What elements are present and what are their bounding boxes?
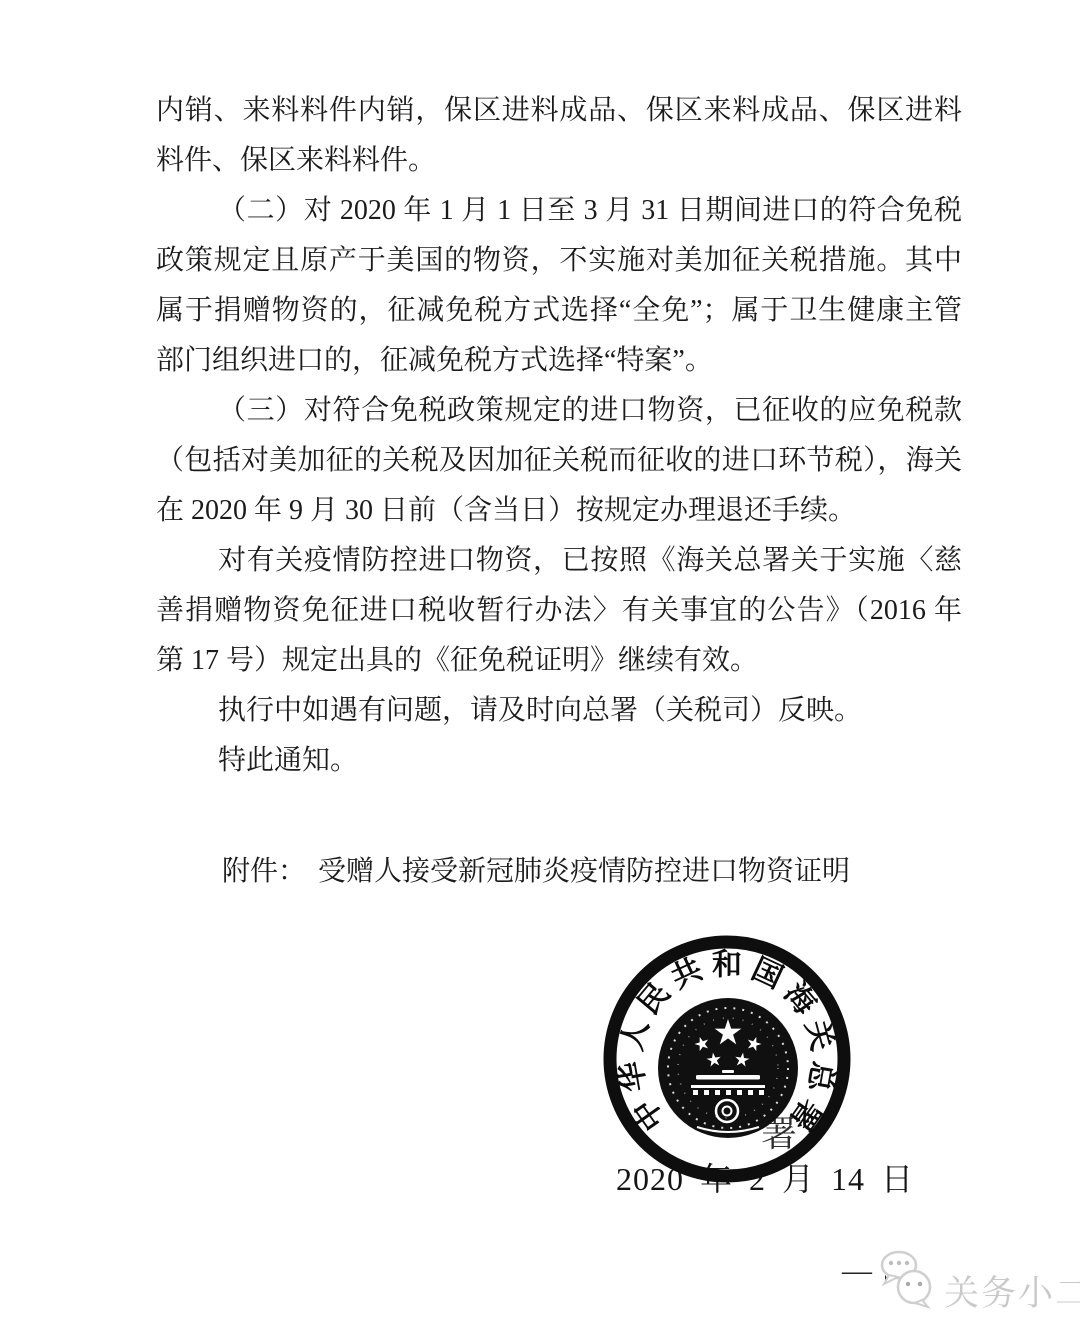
body-line: 料件、保区来料料件。 [156,136,962,186]
watermark-chat-bubbles-icon [876,1248,942,1315]
seal-char: 总 [802,1059,840,1095]
body-line: （包括对美加征的关税及因加征关税而征收的进口环节税），海关 [156,436,962,486]
body-line: 政策规定且原产于美国的物资，不实施对美加征关税措施。其中 [156,236,962,286]
body-line: （三）对符合免税政策规定的进口物资，已征收的应免税款 [156,386,962,436]
document-page: 内销、来料料件内销，保区进料成品、保区来料成品、保区进料 料件、保区来料料件。 … [0,0,1080,1338]
body-line: 属于捐赠物资的，征减免税方式选择“全免”；属于卫生健康主管 [156,286,962,336]
seal-char: 和 [712,949,742,982]
watermark-text: 关务小二 [944,1266,1080,1316]
attachment-line: 附件：受赠人接受新冠肺炎疫情防控进口物资证明 [156,847,962,897]
official-seal: 中 华 人 民 共 和 国 海 关 总 署 [597,929,857,1189]
body-line: 对有关疫情防控进口物资，已按照《海关总署关于实施〈慈 [156,536,962,586]
body-line: 第 17 号）规定出具的《征免税证明》继续有效。 [156,636,962,686]
body-line: 特此通知。 [156,736,962,786]
seal-char: 关 [799,1017,839,1055]
national-emblem-icon [658,998,798,1138]
body-line: 部门组织进口的，征减免税方式选择“特案”。 [156,336,962,386]
official-seal-graphic: 中 华 人 民 共 和 国 海 关 总 署 [597,929,857,1189]
body-line: 善捐赠物资免征进口税收暂行办法〉有关事宜的公告》（2016 年 [156,586,962,636]
attachment-title: 受赠人接受新冠肺炎疫情防控进口物资证明 [318,856,850,887]
document-body: 内销、来料料件内销，保区进料成品、保区来料成品、保区进料 料件、保区来料料件。 … [156,86,962,786]
body-line: 内销、来料料件内销，保区进料成品、保区来料成品、保区进料 [156,86,962,136]
body-line: 执行中如遇有问题，请及时向总署（关税司）反映。 [156,686,962,736]
seal-char: 人 [615,1017,655,1055]
body-line: （二）对 2020 年 1 月 1 日至 3 月 31 日期间进口的符合免税 [156,186,962,236]
attachment-label: 附件： [156,856,306,887]
body-line: 在 2020 年 9 月 30 日前（含当日）按规定办理退还手续。 [156,486,962,536]
seal-char: 华 [615,1059,653,1094]
